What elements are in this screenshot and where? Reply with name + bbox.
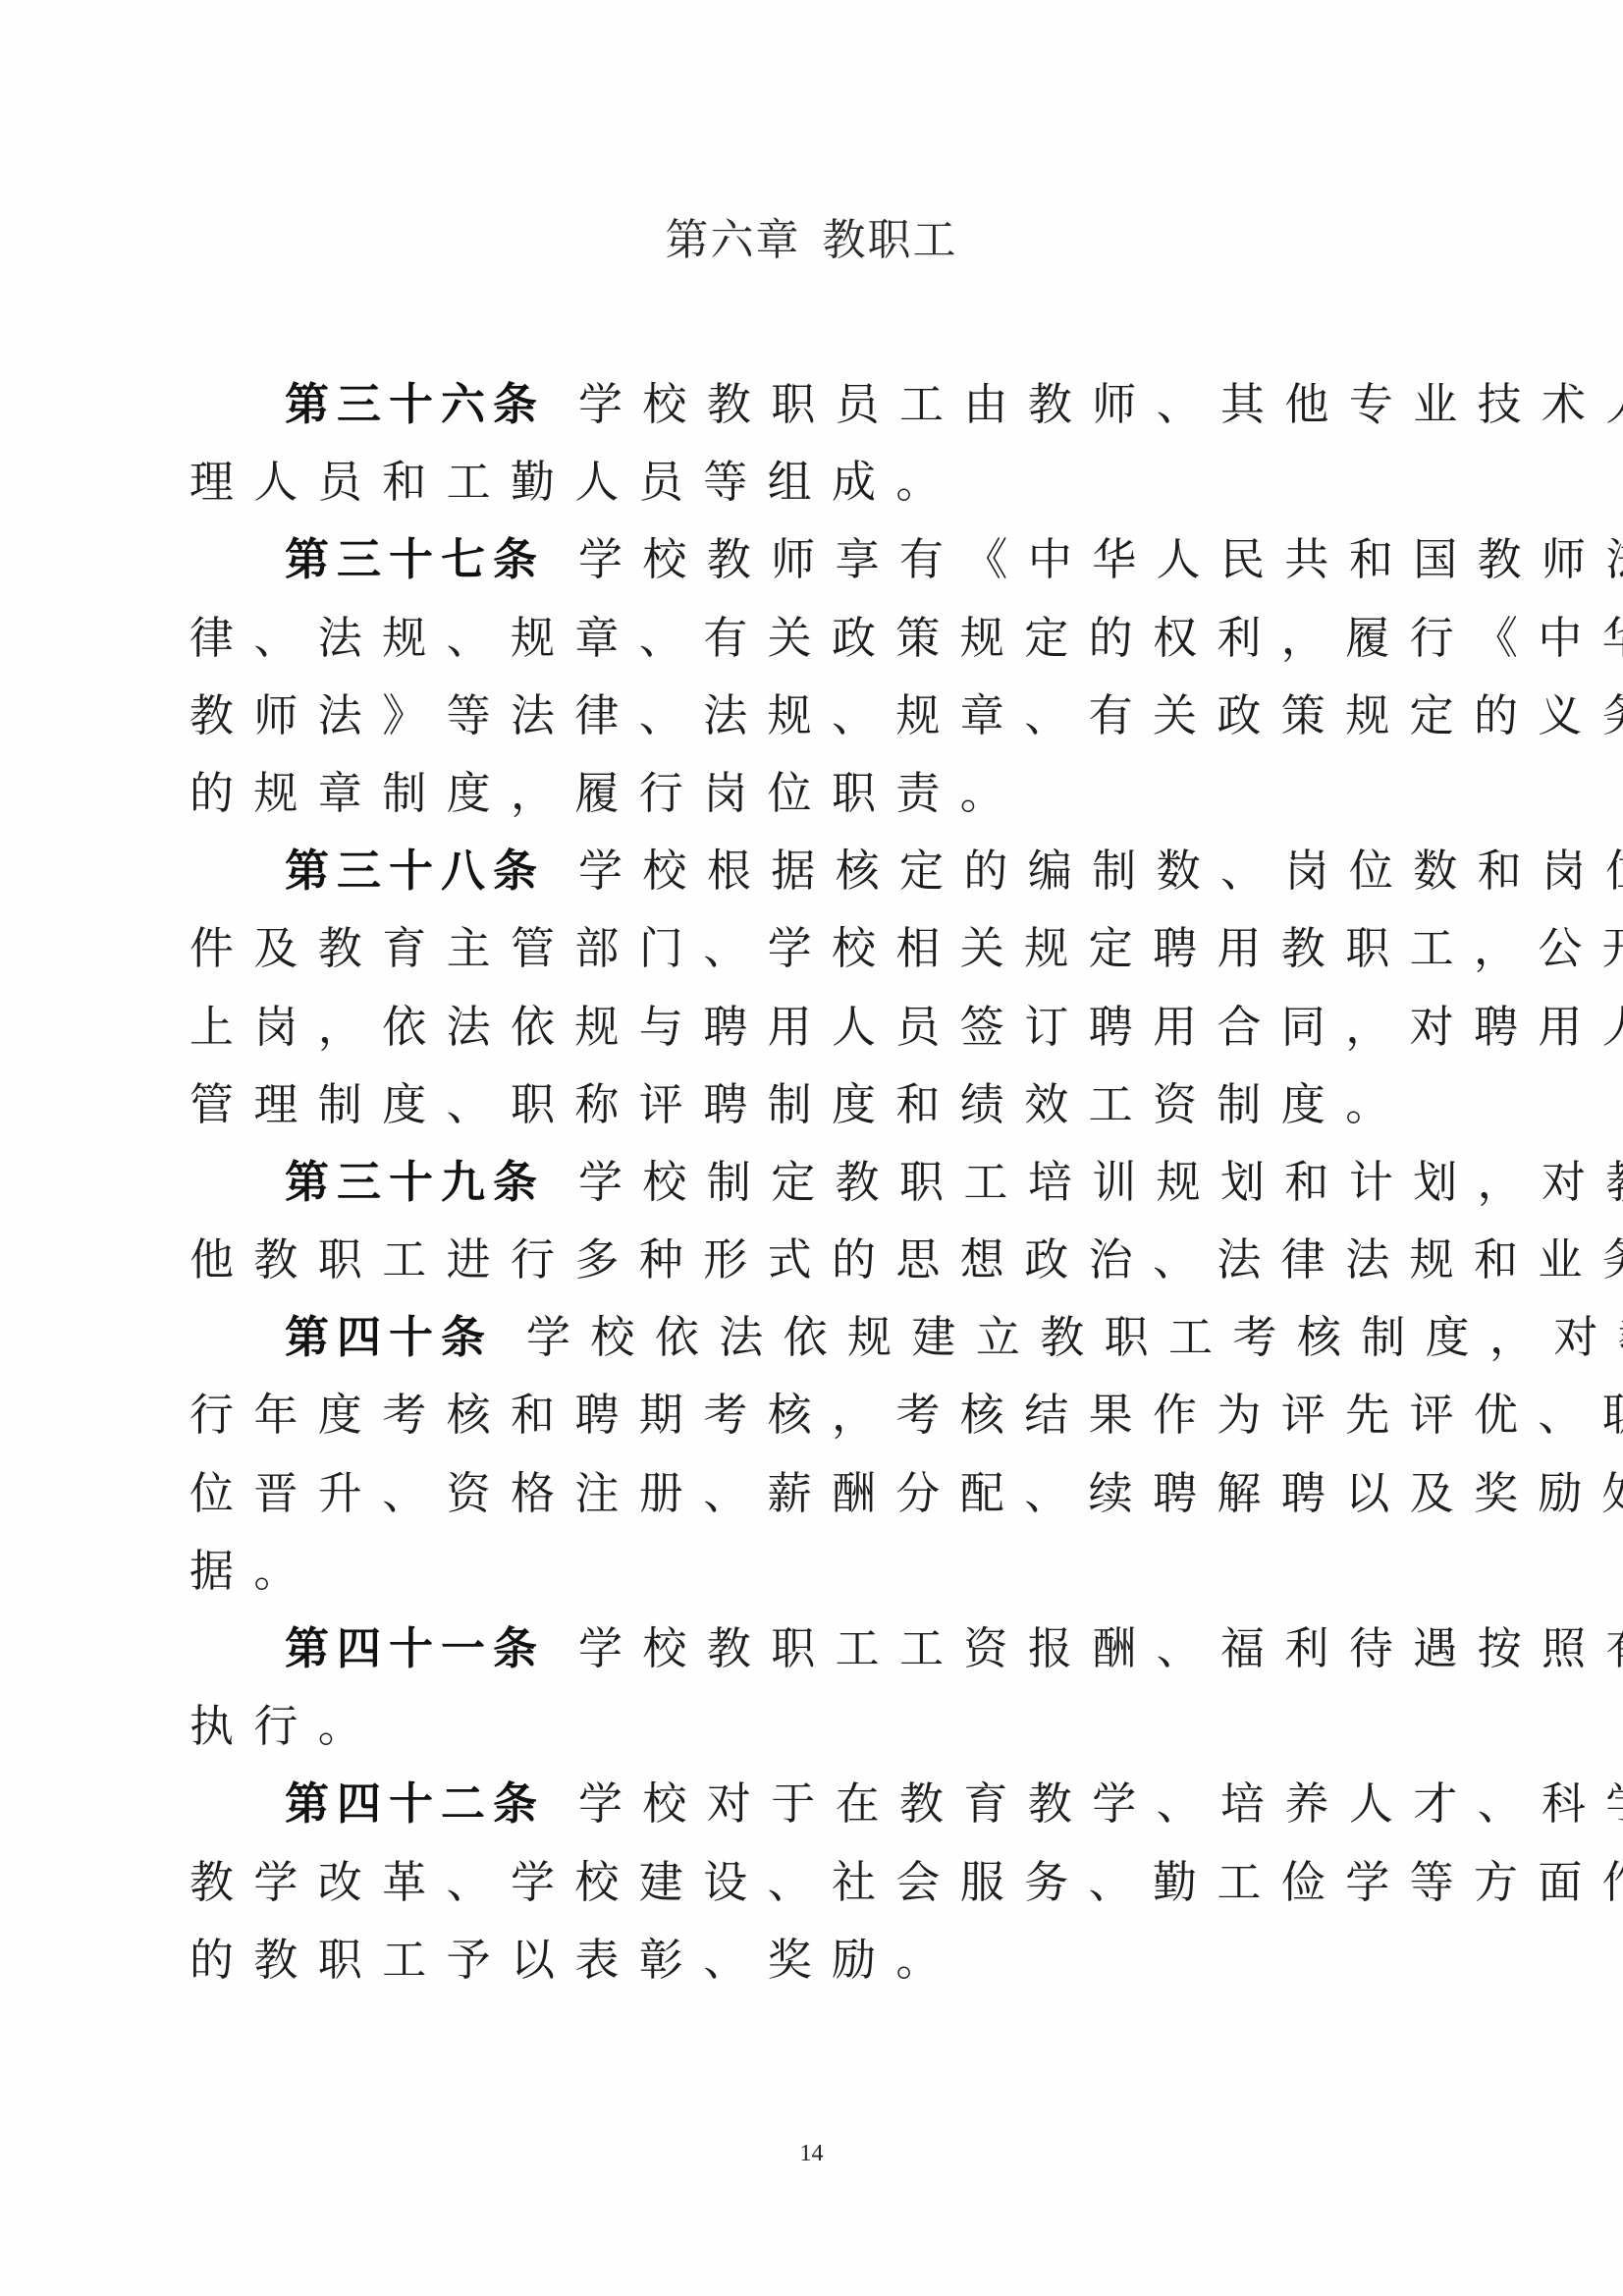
article-42-line-2: 教学改革、学校建设、社会服务、勤工俭学等方面作出优异成绩 (189, 1843, 1417, 1921)
article-39-line-1: 第三十九条学校制定教职工培训规划和计划，对教师和其 (189, 1143, 1417, 1221)
article-36-line-2: 理人员和工勤人员等组成。 (189, 443, 1417, 520)
article-39-line-2: 他教职工进行多种形式的思想政治、法律法规和业务培训。 (189, 1221, 1417, 1298)
article-text: 学校教职工工资报酬、福利待遇按照有关规定 (578, 1622, 1623, 1674)
article-text: 学校制定教职工培训规划和计划，对教师和其 (578, 1156, 1623, 1208)
article-38-line-3: 上岗，依法依规与聘用人员签订聘用合同，对聘用人员实行岗位 (189, 988, 1417, 1066)
article-38-line-1: 第三十八条学校根据核定的编制数、岗位数和岗位任职条 (189, 832, 1417, 909)
article-number: 第四十一条 (285, 1622, 545, 1674)
article-40-line-4: 据。 (189, 1532, 1417, 1610)
article-text: 学校教职员工由教师、其他专业技术人员、管 (578, 378, 1623, 430)
article-number: 第三十八条 (285, 845, 545, 897)
article-number: 第三十六条 (285, 378, 545, 430)
article-41-line-1: 第四十一条学校教职工工资报酬、福利待遇按照有关规定 (189, 1610, 1417, 1687)
chapter-body: 第三十六条学校教职员工由教师、其他专业技术人员、管 理人员和工勤人员等组成。 第… (189, 365, 1417, 1998)
article-38-line-4: 管理制度、职称评聘制度和绩效工资制度。 (189, 1066, 1417, 1143)
document-page: 第六章教职工 第三十六条学校教职员工由教师、其他专业技术人员、管 理人员和工勤人… (0, 0, 1623, 2296)
article-40-line-3: 位晋升、资格注册、薪酬分配、续聘解聘以及奖励处罚的重要依 (189, 1454, 1417, 1532)
article-text: 学校教师享有《中华人民共和国教师法》等法 (578, 533, 1623, 585)
article-number: 第四十条 (285, 1311, 493, 1363)
article-38-line-2: 件及教育主管部门、学校相关规定聘用教职工，公开招聘，竞聘 (189, 909, 1417, 987)
article-41-line-2: 执行。 (189, 1687, 1417, 1765)
article-37-line-3: 教师法》等法律、法规、规章、有关政策规定的义务，遵守学校 (189, 677, 1417, 754)
article-37-line-2: 律、法规、规章、有关政策规定的权利，履行《中华人民共和国 (189, 599, 1417, 677)
chapter-number: 第六章 (666, 215, 801, 265)
article-40-line-2: 行年度考核和聘期考核，考核结果作为评先评优、职称评聘、岗 (189, 1376, 1417, 1453)
article-number: 第三十七条 (285, 533, 545, 585)
article-text: 学校依法依规建立教职工考核制度，对教职工进 (526, 1311, 1623, 1363)
article-36-line-1: 第三十六条学校教职员工由教师、其他专业技术人员、管 (189, 365, 1417, 443)
article-number: 第四十二条 (285, 1777, 545, 1830)
article-40-line-1: 第四十条学校依法依规建立教职工考核制度，对教职工进 (189, 1298, 1417, 1376)
article-42-line-1: 第四十二条学校对于在教育教学、培养人才、科学研究、 (189, 1765, 1417, 1842)
page-number: 14 (0, 2141, 1623, 2167)
article-42-line-3: 的教职工予以表彰、奖励。 (189, 1921, 1417, 1998)
article-37-line-1: 第三十七条学校教师享有《中华人民共和国教师法》等法 (189, 520, 1417, 598)
article-text: 学校对于在教育教学、培养人才、科学研究、 (578, 1777, 1623, 1830)
article-number: 第三十九条 (285, 1156, 545, 1208)
article-text: 学校根据核定的编制数、岗位数和岗位任职条 (578, 845, 1623, 897)
chapter-title: 第六章教职工 (0, 211, 1623, 270)
article-37-line-4: 的规章制度，履行岗位职责。 (189, 754, 1417, 832)
chapter-name: 教职工 (823, 215, 958, 265)
